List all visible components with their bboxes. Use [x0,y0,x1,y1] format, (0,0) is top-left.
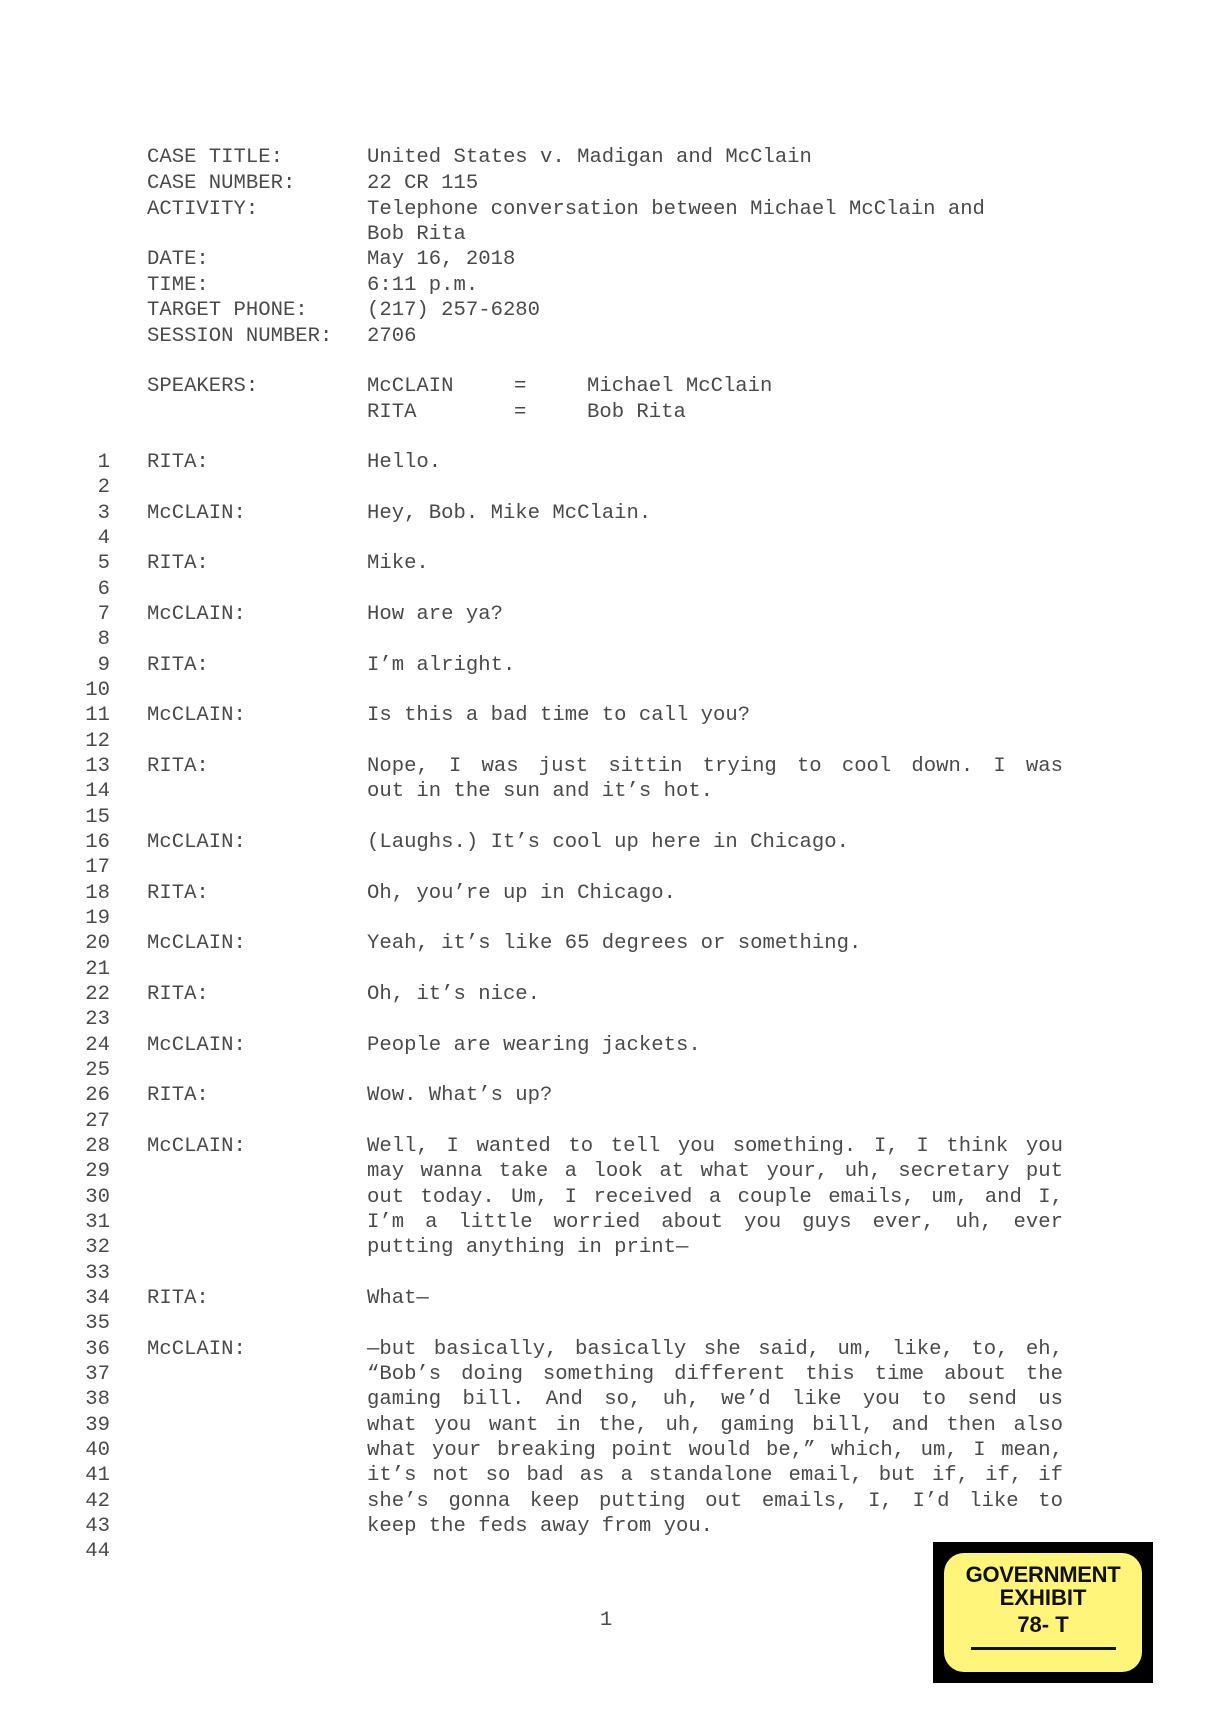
transcript-text: putting anything in print— [367,1235,688,1260]
speaker-label: McCLAIN: [147,1134,246,1159]
line-number: 20 [70,931,110,956]
target-phone-label: TARGET PHONE: [147,298,308,323]
activity-label: ACTIVITY: [147,197,258,222]
speaker-label: RITA: [147,982,209,1007]
case-number-value: 22 CR 115 [367,171,478,196]
transcript-text: what your breaking point would be,” whic… [367,1438,1063,1463]
exhibit-number: 78- T [944,1611,1142,1639]
time-label: TIME: [147,273,209,298]
transcript-text: (Laughs.) It’s cool up here in Chicago. [367,830,849,855]
activity-value: Telephone conversation between Michael M… [367,197,985,222]
line-number: 21 [70,957,110,982]
transcript-text: “Bob’s doing something different this ti… [367,1362,1063,1387]
line-number: 43 [70,1514,110,1539]
line-number: 5 [70,551,110,576]
line-number: 6 [70,577,110,602]
speaker-label: RITA: [147,653,209,678]
transcript-page: CASE TITLE: United States v. Madigan and… [0,0,1211,1712]
line-number: 22 [70,982,110,1007]
case-title-value: United States v. Madigan and McClain [367,145,812,170]
speaker-code-mcclain: McCLAIN [367,374,454,399]
line-number: 19 [70,906,110,931]
exhibit-line-government: GOVERNMENT [944,1563,1142,1586]
line-number: 23 [70,1007,110,1032]
speaker-code-rita: RITA [367,400,416,425]
speaker-label: RITA: [147,551,209,576]
transcript-text: Wow. What’s up? [367,1083,552,1108]
exhibit-line-exhibit: EXHIBIT [944,1586,1142,1609]
speaker-equals: = [514,374,526,399]
line-number: 35 [70,1311,110,1336]
line-number: 32 [70,1235,110,1260]
transcript-text: Well, I wanted to tell you something. I,… [367,1134,1063,1159]
session-number-label: SESSION NUMBER: [147,324,332,349]
transcript-text: Nope, I was just sittin trying to cool d… [367,754,1063,779]
line-number: 7 [70,602,110,627]
transcript-text: Hello. [367,450,441,475]
speaker-name-rita: Bob Rita [587,400,686,425]
transcript-text: I’m a little worried about you guys ever… [367,1210,1063,1235]
transcript-text: keep the feds away from you. [367,1514,713,1539]
line-number: 8 [70,627,110,652]
line-number: 29 [70,1159,110,1184]
line-number: 17 [70,855,110,880]
line-number: 1 [70,450,110,475]
transcript-text: I’m alright. [367,653,515,678]
transcript-text: Is this a bad time to call you? [367,703,750,728]
line-number: 12 [70,729,110,754]
line-number: 42 [70,1489,110,1514]
activity-value-continued: Bob Rita [367,222,466,247]
line-number: 3 [70,501,110,526]
transcript-text: Mike. [367,551,429,576]
line-number: 14 [70,779,110,804]
transcript-text: may wanna take a look at what your, uh, … [367,1159,1063,1184]
transcript-text: Hey, Bob. Mike McClain. [367,501,651,526]
line-number: 18 [70,881,110,906]
line-number: 13 [70,754,110,779]
line-number: 36 [70,1337,110,1362]
session-number-value: 2706 [367,324,416,349]
line-number: 15 [70,805,110,830]
speaker-label: McCLAIN: [147,830,246,855]
speaker-label: RITA: [147,881,209,906]
line-number: 4 [70,526,110,551]
line-number: 40 [70,1438,110,1463]
transcript-text: Oh, it’s nice. [367,982,540,1007]
transcript-text: What— [367,1286,429,1311]
line-number: 25 [70,1058,110,1083]
transcript-text: it’s not so bad as a standalone email, b… [367,1463,1063,1488]
speaker-label: McCLAIN: [147,931,246,956]
speaker-label: RITA: [147,1083,209,1108]
line-number: 38 [70,1387,110,1412]
line-number: 34 [70,1286,110,1311]
line-number: 27 [70,1109,110,1134]
speaker-label: RITA: [147,1286,209,1311]
transcript-text: Oh, you’re up in Chicago. [367,881,676,906]
line-number: 37 [70,1362,110,1387]
transcript-text: People are wearing jackets. [367,1033,701,1058]
date-label: DATE: [147,247,209,272]
speaker-label: RITA: [147,450,209,475]
speaker-name-mcclain: Michael McClain [587,374,772,399]
date-value: May 16, 2018 [367,247,515,272]
speaker-label: McCLAIN: [147,703,246,728]
line-number: 2 [70,475,110,500]
exhibit-sticker-label: GOVERNMENT EXHIBIT 78- T [944,1553,1142,1672]
speaker-label: McCLAIN: [147,602,246,627]
speakers-label: SPEAKERS: [147,374,258,399]
government-exhibit-sticker: GOVERNMENT EXHIBIT 78- T [933,1542,1153,1683]
line-number: 39 [70,1413,110,1438]
case-number-label: CASE NUMBER: [147,171,295,196]
speaker-label: McCLAIN: [147,501,246,526]
transcript-text: she’s gonna keep putting out emails, I, … [367,1489,1063,1514]
time-value: 6:11 p.m. [367,273,478,298]
line-number: 11 [70,703,110,728]
speaker-label: McCLAIN: [147,1033,246,1058]
line-number: 41 [70,1463,110,1488]
transcript-text: —but basically, basically she said, um, … [367,1337,1063,1362]
line-number: 30 [70,1185,110,1210]
transcript-text: gaming bill. And so, uh, we’d like you t… [367,1387,1063,1412]
line-number: 44 [70,1539,110,1564]
speaker-label: McCLAIN: [147,1337,246,1362]
line-number: 16 [70,830,110,855]
line-number: 33 [70,1261,110,1286]
exhibit-underline [971,1647,1116,1650]
line-number: 9 [70,653,110,678]
page-number: 1 [596,1608,616,1633]
target-phone-value: (217) 257-6280 [367,298,540,323]
line-number: 24 [70,1033,110,1058]
line-number: 10 [70,678,110,703]
transcript-text: out in the sun and it’s hot. [367,779,713,804]
line-number: 28 [70,1134,110,1159]
transcript-text: out today. Um, I received a couple email… [367,1185,1063,1210]
transcript-text: what you want in the, uh, gaming bill, a… [367,1413,1063,1438]
case-title-label: CASE TITLE: [147,145,283,170]
line-number: 31 [70,1210,110,1235]
line-number: 26 [70,1083,110,1108]
transcript-text: Yeah, it’s like 65 degrees or something. [367,931,861,956]
speaker-equals: = [514,400,526,425]
transcript-text: How are ya? [367,602,503,627]
speaker-label: RITA: [147,754,209,779]
